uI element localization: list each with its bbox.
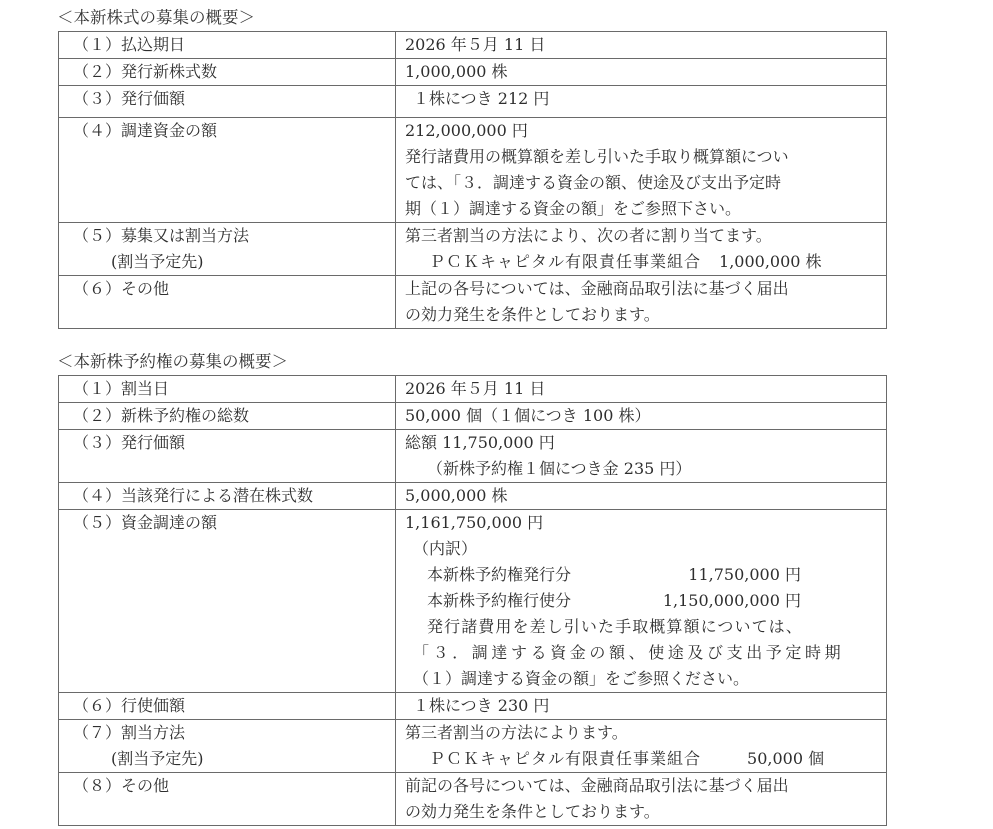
row-value: 上記の各号については、金融商品取引法に基づく届出 の効力発生を条件としております…: [396, 276, 887, 329]
row-label: （６）行使価額: [59, 693, 396, 720]
table-row-exercise-price: （６）行使価額 １株につき 230 円: [59, 693, 887, 720]
table-row-payment-date: （１）払込期日 2026 年５月 11 日: [59, 32, 887, 59]
row-value: 212,000,000 円 発行諸費用の概算額を差し引いた手取り概算額につい て…: [396, 118, 887, 223]
row-label: （５）資金調達の額: [59, 510, 396, 693]
table-row-allotment-method: （５）募集又は割当方法 (割当予定先) 第三者割当の方法により、次の者に割り当て…: [59, 223, 887, 276]
breakdown-item: 本新株予約権発行分 11,750,000 円: [405, 562, 882, 588]
row-label: （３）発行価額: [59, 86, 396, 118]
row-value: １株につき 212 円: [396, 86, 887, 118]
table-row-other: （６）その他 上記の各号については、金融商品取引法に基づく届出 の効力発生を条件…: [59, 276, 887, 329]
table-row-funds-raised: （５）資金調達の額 1,161,750,000 円 （内訳） 本新株予約権発行分…: [59, 510, 887, 693]
allottee-line: ＰＣＫキャピタル有限責任事業組合50,000 個: [405, 746, 882, 772]
allottee-line: ＰＣＫキャピタル有限責任事業組合1,000,000 株: [405, 249, 882, 275]
section-heading-stock-acquisition-rights: ＜本新株予約権の募集の概要＞: [57, 352, 288, 372]
table-row-funds-raised: （４）調達資金の額 212,000,000 円 発行諸費用の概算額を差し引いた手…: [59, 118, 887, 223]
row-value: 前記の各号については、金融商品取引法に基づく届出 の効力発生を条件としております…: [396, 773, 887, 826]
row-value: 2026 年５月 11 日: [396, 376, 887, 403]
row-label: （４）調達資金の額: [59, 118, 396, 223]
row-value: 50,000 個（１個につき 100 株）: [396, 403, 887, 430]
row-label: （６）その他: [59, 276, 396, 329]
table-row-other: （８）その他 前記の各号については、金融商品取引法に基づく届出 の効力発生を条件…: [59, 773, 887, 826]
table-row-total-rights: （２）新株予約権の総数 50,000 個（１個につき 100 株）: [59, 403, 887, 430]
table-row-allotment-date: （１）割当日 2026 年５月 11 日: [59, 376, 887, 403]
row-label: （１）割当日: [59, 376, 396, 403]
row-label: （５）募集又は割当方法 (割当予定先): [59, 223, 396, 276]
row-value: 5,000,000 株: [396, 483, 887, 510]
table-row-issue-price: （３）発行価額 総額 11,750,000 円 （新株予約権１個につき金 235…: [59, 430, 887, 483]
row-label: （１）払込期日: [59, 32, 396, 59]
row-label: （２）新株予約権の総数: [59, 403, 396, 430]
row-value: １株につき 230 円: [396, 693, 887, 720]
row-value: 1,000,000 株: [396, 59, 887, 86]
row-label: （８）その他: [59, 773, 396, 826]
row-label: （４）当該発行による潜在株式数: [59, 483, 396, 510]
row-value: 2026 年５月 11 日: [396, 32, 887, 59]
breakdown-item: 本新株予約権行使分 1,150,000,000 円: [405, 588, 882, 614]
table-row-potential-shares: （４）当該発行による潜在株式数 5,000,000 株: [59, 483, 887, 510]
row-value: 総額 11,750,000 円 （新株予約権１個につき金 235 円）: [396, 430, 887, 483]
row-label: （７）割当方法 (割当予定先): [59, 720, 396, 773]
row-label: （２）発行新株式数: [59, 59, 396, 86]
row-value: 第三者割当の方法によります。 ＰＣＫキャピタル有限責任事業組合50,000 個: [396, 720, 887, 773]
row-value: 1,161,750,000 円 （内訳） 本新株予約権発行分 11,750,00…: [396, 510, 887, 693]
table-row-issue-price: （３）発行価額 １株につき 212 円: [59, 86, 887, 118]
stock-acquisition-rights-summary-table: （１）割当日 2026 年５月 11 日 （２）新株予約権の総数 50,000 …: [58, 375, 887, 826]
section-heading-new-shares: ＜本新株式の募集の概要＞: [57, 8, 255, 28]
table-row-new-share-count: （２）発行新株式数 1,000,000 株: [59, 59, 887, 86]
new-shares-summary-table: （１）払込期日 2026 年５月 11 日 （２）発行新株式数 1,000,00…: [58, 31, 887, 329]
table-row-allotment-method: （７）割当方法 (割当予定先) 第三者割当の方法によります。 ＰＣＫキャピタル有…: [59, 720, 887, 773]
row-label: （３）発行価額: [59, 430, 396, 483]
row-value: 第三者割当の方法により、次の者に割り当てます。 ＰＣＫキャピタル有限責任事業組合…: [396, 223, 887, 276]
